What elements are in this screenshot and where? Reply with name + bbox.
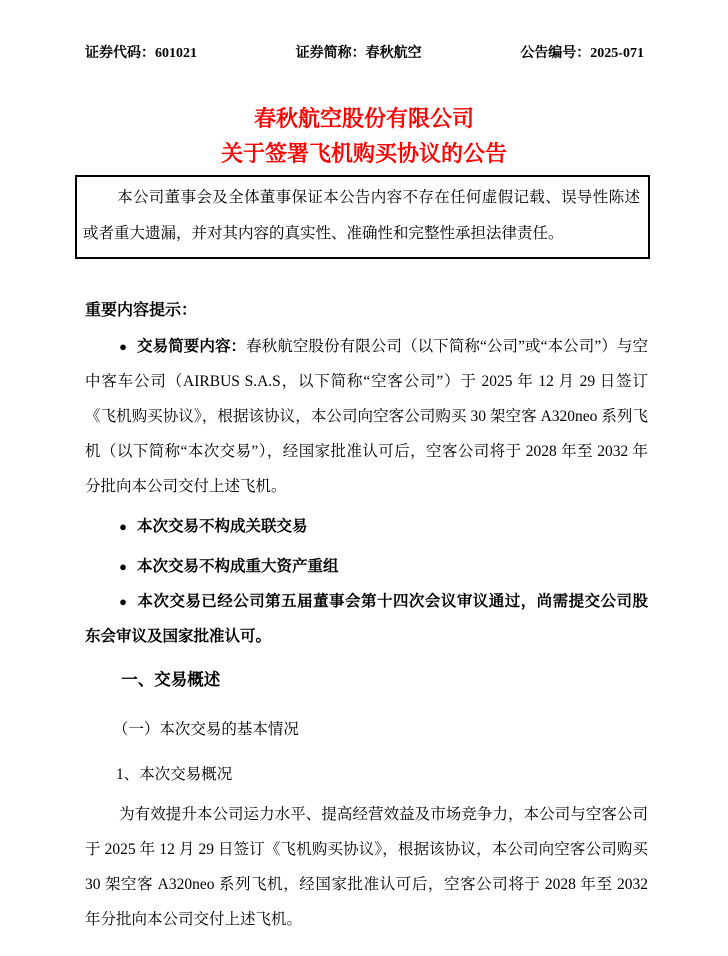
disclaimer-box: 本公司董事会及全体董事保证本公告内容不存在任何虚假记载、误导性陈述或者重大遗漏，… <box>75 175 650 259</box>
title-line-2: 关于签署飞机购买协议的公告 <box>0 136 728 171</box>
notice-item-text: 本次交易不构成重大资产重组 <box>137 558 339 575</box>
bullet-icon: ● <box>119 559 127 574</box>
bullet-icon: ● <box>119 519 127 534</box>
document-body: 本公司董事会及全体董事保证本公告内容不存在任何虚假记载、误导性陈述或者重大遗漏，… <box>0 175 728 937</box>
document-title: 春秋航空股份有限公司 关于签署飞机购买协议的公告 <box>0 101 728 171</box>
notice-item-asset-restructuring: ●本次交易不构成重大资产重组 <box>85 549 648 584</box>
document-header: 证券代码：601021 证券简称：春秋航空 公告编号：2025-071 <box>0 0 728 63</box>
notice-item-transaction-summary: ●交易简要内容：春秋航空股份有限公司（以下简称“公司”或“本公司”）与空中客车公… <box>85 329 648 504</box>
title-line-1: 春秋航空股份有限公司 <box>0 101 728 136</box>
bullet-icon: ● <box>119 594 127 609</box>
stock-code: 证券代码：601021 <box>85 45 197 63</box>
notice-item-text: 本次交易已经公司第五届董事会第十四次会议审议通过，尚需提交公司股东会审议及国家批… <box>85 593 648 645</box>
notice-item-text: 春秋航空股份有限公司（以下简称“公司”或“本公司”）与空中客车公司（AIRBUS… <box>85 338 648 495</box>
announcement-number: 公告编号：2025-071 <box>520 45 644 63</box>
section-1-paragraph: 为有效提升本公司运力水平、提高经营效益及市场竞争力，本公司与空客公司于 2025… <box>85 797 648 937</box>
notice-item-label: 交易简要内容： <box>137 338 246 355</box>
section-1-subheading-2: 1、本次交易概况 <box>85 757 648 792</box>
section-1-subheading-1: （一）本次交易的基本情况 <box>85 712 648 747</box>
notice-item-text: 本次交易不构成关联交易 <box>137 518 308 535</box>
notice-item-related-transaction: ●本次交易不构成关联交易 <box>85 509 648 544</box>
important-notice-heading: 重要内容提示： <box>85 299 648 323</box>
notice-item-board-approval: ●本次交易已经公司第五届董事会第十四次会议审议通过，尚需提交公司股东会审议及国家… <box>85 584 648 654</box>
announcement-page: 证券代码：601021 证券简称：春秋航空 公告编号：2025-071 春秋航空… <box>0 0 728 956</box>
disclaimer-text: 本公司董事会及全体董事保证本公告内容不存在任何虚假记载、误导性陈述或者重大遗漏，… <box>83 189 640 242</box>
section-1-heading: 一、交易概述 <box>85 662 648 697</box>
bullet-icon: ● <box>119 339 127 354</box>
stock-short-name: 证券简称：春秋航空 <box>296 45 422 63</box>
